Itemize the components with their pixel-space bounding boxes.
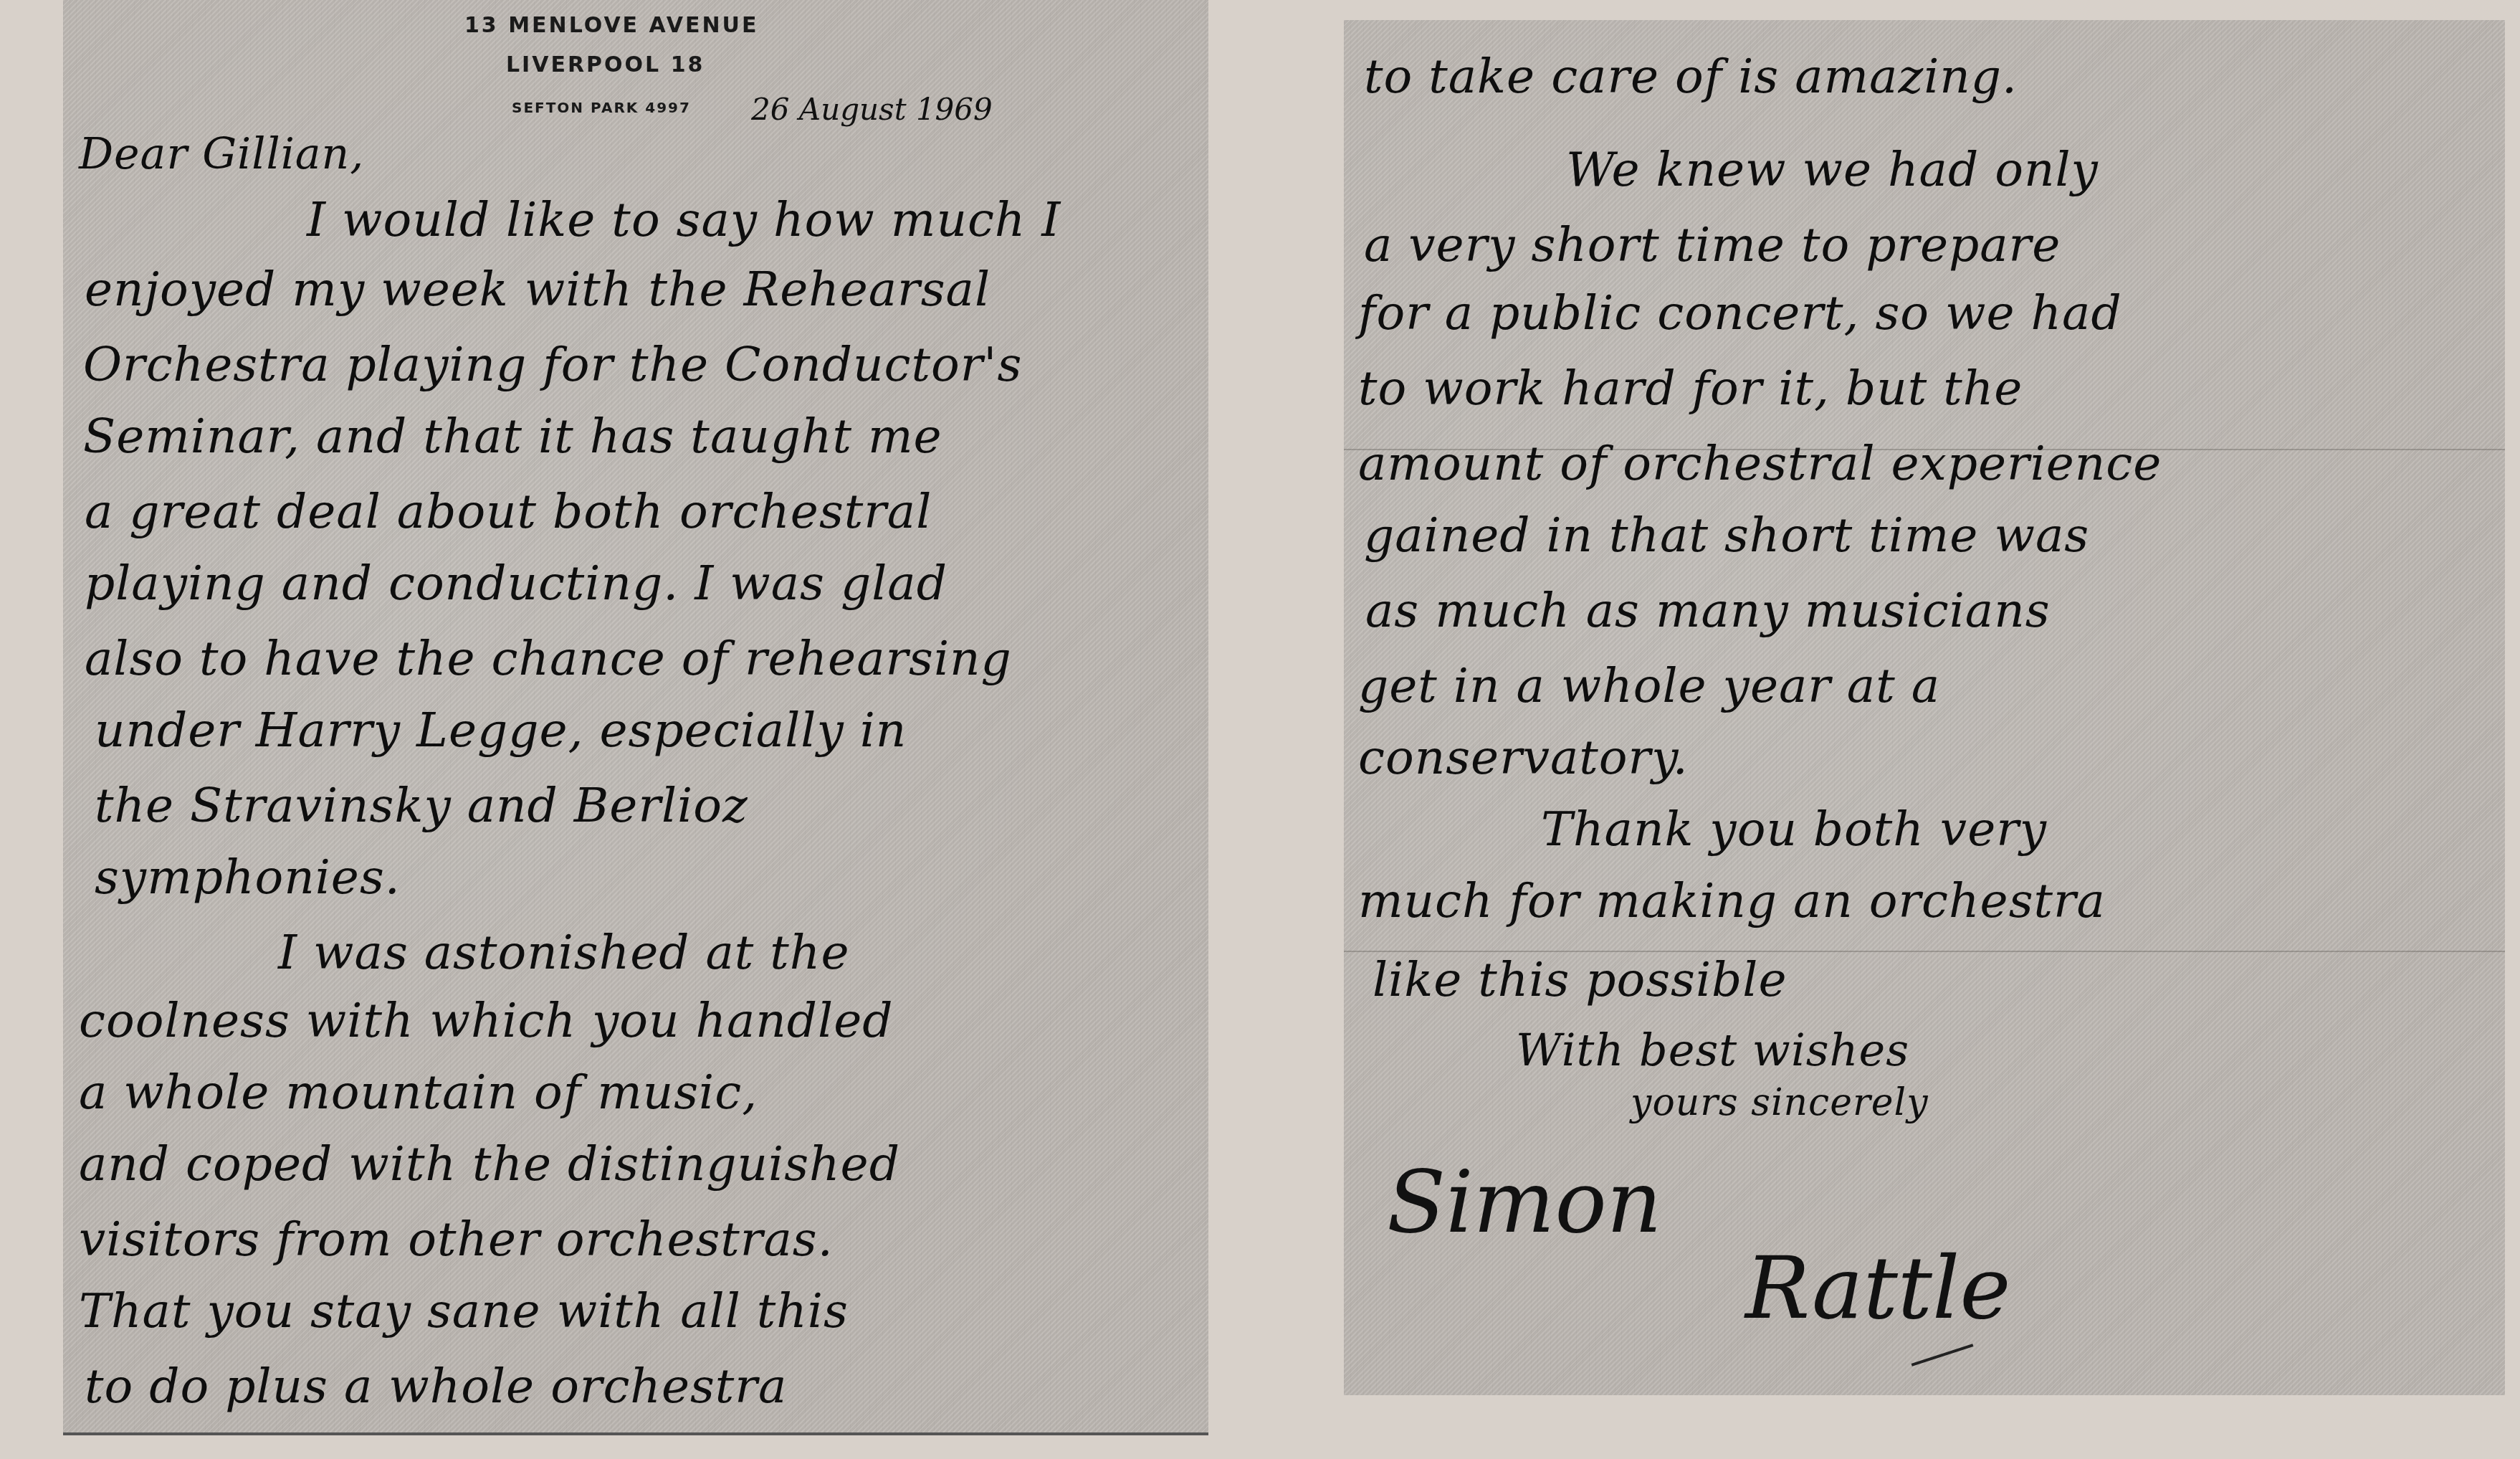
- signature-flourish: [1912, 1344, 1974, 1367]
- salutation: Dear Gillian,: [79, 129, 364, 179]
- letterhead-phone: SEFTON PARK 4997: [512, 99, 691, 116]
- body-line: a great deal about both orchestral: [85, 484, 932, 539]
- body-line: conservatory.: [1358, 730, 1689, 785]
- body-line: to do plus a whole orchestra: [85, 1359, 787, 1414]
- letter-page-1: 13 MENLOVE AVENUE LIVERPOOL 18 SEFTON PA…: [63, 0, 1208, 1435]
- body-line: gained in that short time was: [1364, 508, 2089, 563]
- closing-line: yours sincerely: [1631, 1081, 1929, 1124]
- body-line: symphonies.: [95, 850, 401, 905]
- body-line: That you stay sane with all this: [79, 1283, 849, 1339]
- body-line: like this possible: [1373, 952, 1787, 1007]
- body-line: to work hard for it, but the: [1358, 361, 2023, 416]
- body-line: a whole mountain of music,: [79, 1065, 758, 1120]
- body-line: We knew we had only: [1566, 142, 2099, 197]
- body-line: to take care of is amazing.: [1364, 49, 2018, 104]
- signature-last-name: Rattle: [1745, 1239, 2011, 1339]
- closing-line: With best wishes: [1516, 1024, 1909, 1076]
- body-line: a very short time to prepare: [1364, 217, 2061, 272]
- letterhead-address-line1: 13 MENLOVE AVENUE: [464, 13, 758, 38]
- body-line: the Stravinsky and Berlioz: [95, 778, 748, 833]
- body-line: amount of orchestral experience: [1358, 436, 2162, 491]
- body-line: for a public concert, so we had: [1358, 285, 2122, 341]
- letterhead-address-line2: LIVERPOOL 18: [506, 52, 705, 77]
- body-line: and coped with the distinguished: [79, 1136, 900, 1192]
- body-line: Thank you both very: [1541, 802, 2047, 857]
- body-line: enjoyed my week with the Rehearsal: [85, 262, 991, 317]
- letter-page-2: to take care of is amazing. We knew we h…: [1344, 20, 2505, 1395]
- body-line: playing and conducting. I was glad: [85, 556, 948, 611]
- body-line: as much as many musicians: [1365, 583, 2051, 638]
- signature-first-name: Simon: [1387, 1153, 1662, 1253]
- body-line: under Harry Legge, especially in: [95, 703, 907, 758]
- body-line: much for making an orchestra: [1358, 873, 2106, 928]
- body-line: I was astonished at the: [278, 925, 849, 980]
- body-line: Orchestra playing for the Conductor's: [83, 337, 1022, 392]
- body-line: get in a whole year at a: [1358, 658, 1940, 713]
- body-line: coolness with which you handled: [79, 993, 894, 1048]
- body-line: Seminar, and that it has taught me: [83, 409, 942, 464]
- body-line: visitors from other orchestras.: [79, 1212, 834, 1267]
- letter-date: 26 August 1969: [751, 92, 993, 127]
- body-line: I would like to say how much I: [307, 192, 1061, 247]
- body-line: also to have the chance of rehearsing: [85, 631, 1012, 686]
